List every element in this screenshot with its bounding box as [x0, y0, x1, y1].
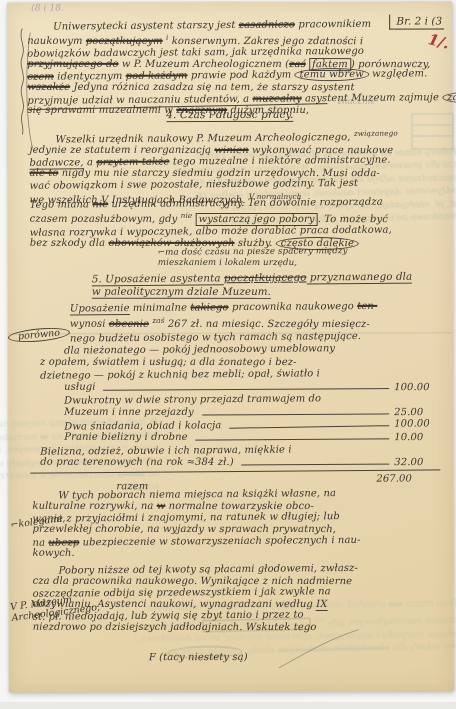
inserted-note: ⌐ma dość czasu na piesze spacery międzym…	[158, 247, 348, 269]
manuscript-line: Muzeum i inne przejazdy25.00	[64, 407, 442, 420]
section-heading-4: 4. Czas i długość pracy.	[7, 109, 452, 122]
paragraph-intro: Uniwersytecki asystent starszy jest zasa…	[27, 19, 439, 117]
corner-page-label: Br. 2 i (3	[389, 14, 444, 29]
pencil-note-2: znacznie	[337, 97, 375, 109]
paragraph-salary: Uposażenie minimalne takiego pracownika …	[70, 301, 442, 344]
manuscript-line: dla nieżonatego — pokój jednoosobowy ume…	[64, 342, 442, 358]
paragraph-working-hours: Wszelki urzędnik naukowy P. Muzeum Arche…	[29, 128, 441, 207]
leader-line	[104, 388, 390, 391]
manuscript-line: wynosi obecnie zaś 267 zł. na miesiąc. S…	[70, 315, 442, 332]
manuscript-line: czasem pozasłużbowym, gdy nie wystarczą …	[30, 210, 444, 226]
manuscript-line: ⌐ma dość czasu na piesze spacery między	[158, 246, 348, 258]
manuscript-line: w paleolitycznym dziale Muzeum.	[92, 285, 442, 299]
manuscript-line: do prac terenowych (na rok ≈384 zł.)32.0…	[40, 457, 442, 470]
budget-total-amount: 267.00	[376, 474, 412, 486]
leader-line	[196, 439, 390, 441]
leader-line	[242, 464, 390, 466]
scanned-manuscript-page: Pobory niższe od tej kwoty są płacami gł…	[0, 0, 456, 709]
manuscript-line: 5. Uposażenie asystenta początkującego p…	[92, 270, 442, 287]
pencil-note: (8 i 18.	[31, 3, 64, 15]
paragraph-admin-clerk: Tego miana nie urzędnik administracyjny.…	[30, 197, 444, 250]
margin-note-porowno: porówno	[8, 326, 71, 345]
paragraph-no-room-in-pay: W tych poborach niema miejsca na książki…	[32, 488, 440, 559]
amount-value: 32.00	[394, 457, 442, 470]
bottom-note: F (tacy niestety są)	[149, 652, 248, 664]
manuscript-line: mieszkaniem i lokalem urzędu,	[158, 257, 348, 268]
scanner-edge	[0, 702, 456, 709]
paper-sheet: Pobory niższe od tej kwoty są płacami gł…	[7, 1, 454, 692]
section-heading-5: 5. Uposażenie asystenta początkującego p…	[92, 271, 442, 299]
leader-line	[202, 413, 389, 415]
budget-list: dla nieżonatego — pokój jednoosobowy ume…	[64, 343, 442, 470]
leader-line	[229, 425, 389, 429]
manuscript-line: Wszelki urzędnik naukowy P. Muzeum Arche…	[29, 127, 441, 146]
manuscript-line: kowych.	[33, 547, 441, 559]
pencil-flourish	[277, 628, 362, 670]
manuscript-line: niezdrowo po dzisiejszych jadłodajniach.…	[33, 622, 443, 634]
vertical-margin-note	[12, 27, 34, 157]
amount-value: 100.00	[394, 418, 442, 431]
